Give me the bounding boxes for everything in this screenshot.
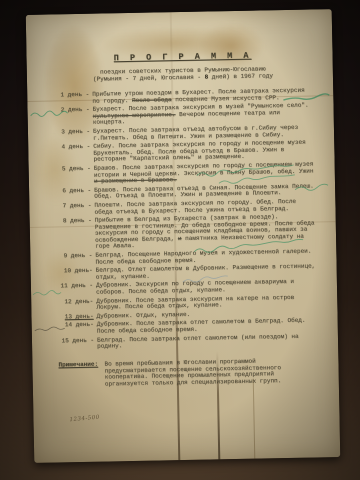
handwritten-print-code: 1234-500 bbox=[69, 415, 100, 424]
note-text: Во время пребывания в Югославии программ… bbox=[104, 357, 318, 388]
paper-fold-crease bbox=[253, 379, 256, 459]
day-label: 14 день- bbox=[58, 322, 97, 336]
day-label: 13 день- bbox=[57, 313, 96, 320]
program-days: 1 день -Прибытие утром поездом в Бухарес… bbox=[53, 87, 318, 351]
day-text: Белград. После завтрака отлет самолетом … bbox=[97, 333, 318, 350]
day-label: 8 день - bbox=[56, 218, 96, 252]
photo-background: П Р О Г Р А М М А поездки советских тури… bbox=[0, 0, 360, 480]
day-text-segment: Сибиу. После завтрака экскурсия по город… bbox=[93, 139, 306, 163]
document-paper: П Р О Г Р А М М А поездки советских тури… bbox=[26, 9, 341, 463]
program-day-row: 15 день -Белград. После завтрака отлет с… bbox=[58, 333, 318, 351]
day-label: 6 день - bbox=[55, 187, 94, 201]
day-text: Прибытие в Белград из Бухареста (завтрак… bbox=[95, 214, 317, 251]
day-text-segment: Белград. После завтрака отлет самолетом … bbox=[97, 332, 299, 349]
day-label: 7 день - bbox=[55, 203, 94, 217]
day-label: 2 день - bbox=[54, 107, 93, 128]
day-label: 3 день - bbox=[54, 129, 93, 143]
day-label: 15 день - bbox=[58, 337, 97, 351]
day-label: 12 день- bbox=[57, 298, 96, 312]
day-text-segment: Дубровник. После завтрака экскурсия на к… bbox=[96, 294, 294, 311]
day-text-segment: Брашов. После завтрака экскурсия по горо… bbox=[94, 160, 314, 178]
day-label: 11 день - bbox=[57, 283, 96, 297]
note-section: Примечание: Во время пребывания в Югосла… bbox=[58, 357, 318, 389]
day-text-segment: Дубровник. Отдых, купание. bbox=[96, 311, 190, 320]
day-label: 4 день - bbox=[54, 144, 93, 165]
day-label: 1 день - bbox=[53, 92, 92, 106]
day-label: 10 день- bbox=[57, 268, 96, 282]
page-title: П Р О Г Р А М М А bbox=[52, 49, 312, 64]
program-day-row: 8 день -Прибытие в Белград из Бухареста … bbox=[56, 214, 317, 252]
typewritten-program: П Р О Г Р А М М А поездки советских тури… bbox=[52, 49, 318, 389]
day-text: Дубровник. После завтрака экскурсия на к… bbox=[96, 294, 317, 311]
crossed-out-text: и размещение в Брашове. bbox=[94, 176, 177, 185]
note-label: Примечание: bbox=[58, 361, 105, 389]
day-label: 5 день - bbox=[55, 166, 94, 187]
crossed-out-text: После обеда bbox=[132, 96, 172, 104]
day-label: 9 день - bbox=[56, 253, 95, 267]
